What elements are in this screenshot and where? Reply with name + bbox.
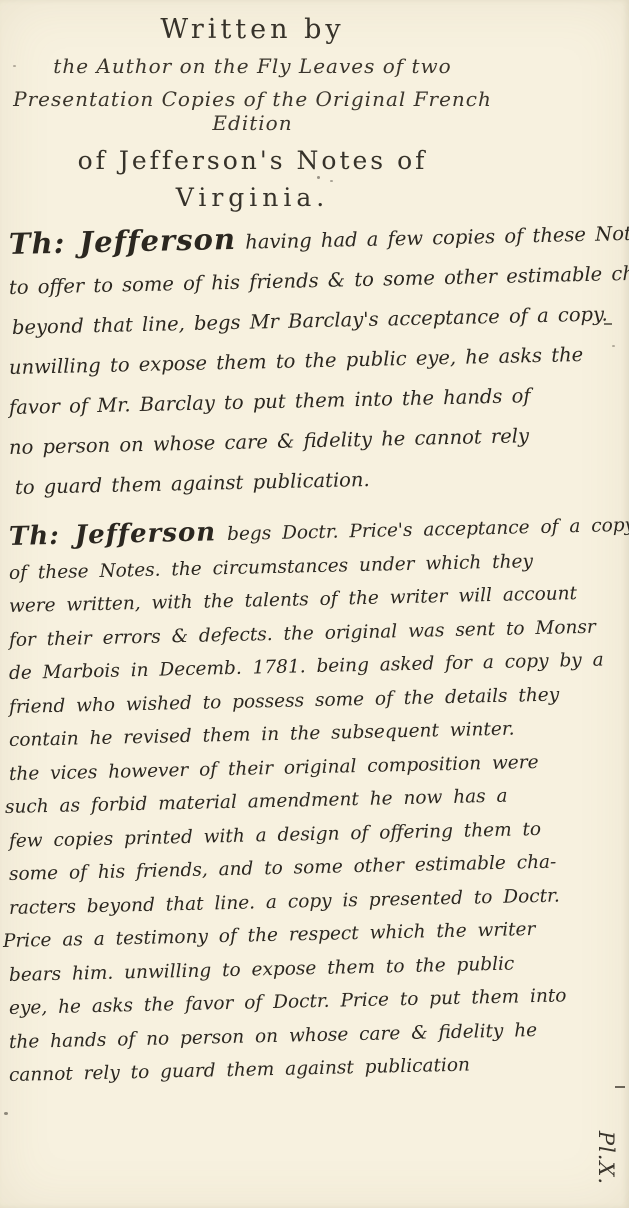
plate-number-label: Pl.X. <box>594 1128 618 1188</box>
title-jeffersons-notes: of Jefferson's Notes of <box>0 146 505 175</box>
price-inscription: Th: Jefferson begs Doctr. Price's accept… <box>9 521 625 1093</box>
title-presentation-line: Presentation Copies of the Original Fren… <box>0 87 505 135</box>
scan-speck <box>612 345 615 347</box>
scan-speck <box>615 1086 625 1088</box>
scanned-plate-page: Written by the Author on the Fly Leaves … <box>0 0 629 1208</box>
inscription-text: begs Doctr. Price's acceptance of a copy <box>227 515 629 545</box>
title-virginia: Virginia. <box>0 183 505 212</box>
jefferson-signature: Th: Jefferson <box>9 222 237 261</box>
scan-speck <box>317 176 320 179</box>
printed-title-block: Written by the Author on the Fly Leaves … <box>0 14 505 212</box>
jefferson-signature: Th: Jefferson <box>9 517 217 552</box>
inscription-text: having had a few copies of these Notes p… <box>245 220 629 254</box>
scan-speck <box>604 323 612 325</box>
scan-speck <box>330 180 333 182</box>
scan-speck <box>4 1112 8 1115</box>
title-author-line: the Author on the Fly Leaves of two <box>0 54 505 78</box>
scan-speck <box>13 65 16 67</box>
barclay-inscription: Th: Jefferson having had a few copies of… <box>9 224 625 508</box>
title-written-by: Written by <box>0 14 505 45</box>
